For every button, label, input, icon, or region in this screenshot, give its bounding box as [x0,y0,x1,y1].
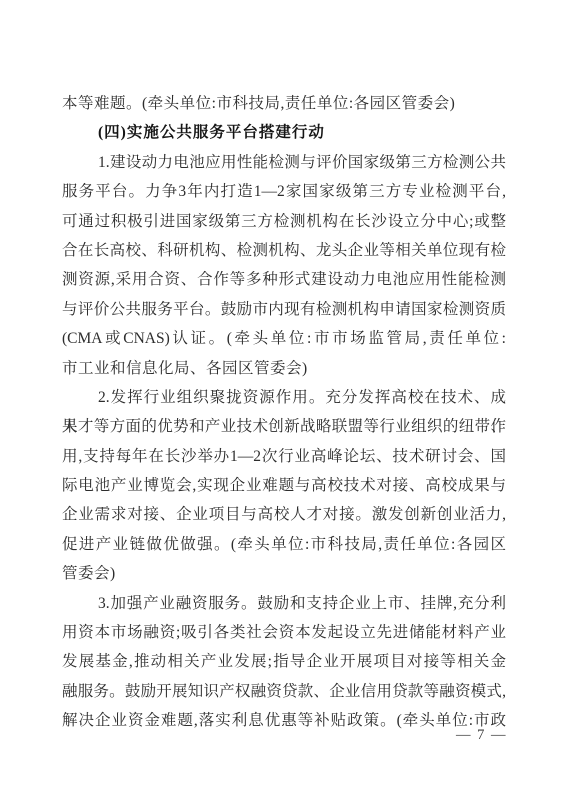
text-line: 融服务。鼓励开展知识产权融资贷款、企业信用贷款等融资模式, [62,677,506,706]
text-line: 用,支持每年在长沙举办1—2次行业高峰论坛、技术研讨会、国 [62,442,506,471]
paragraph-continuation-line: 本等难题。(牵头单位:市科技局,责任单位:各园区管委会) [62,89,506,118]
paragraph-end-line: 管委会) [62,559,506,588]
text-line: 用资本市场融资;吸引各类社会资本发起设立先进储能材料产业 [62,618,506,647]
text-line: 解决企业资金难题,落实利息优惠等补贴政策。(牵头单位:市政 [62,706,506,735]
section-heading: (四)实施公共服务平台搭建行动 [62,118,506,147]
paragraph-end-line: 市工业和信息化局、各园区管委会) [62,354,506,383]
document-page: 本等难题。(牵头单位:市科技局,责任单位:各园区管委会) (四)实施公共服务平台… [0,0,565,800]
text-line: 促进产业链做优做强。(牵头单位:市科技局,责任单位:各园区 [62,530,506,559]
paragraph-start-line: 1.建设动力电池应用性能检测与评价国家级第三方检测公共 [62,148,506,177]
text-line: 际电池产业博览会,实现企业难题与高校技术对接、高校成果与 [62,471,506,500]
text-line: 测资源,采用合资、合作等多种形式建设动力电池应用性能检测 [62,265,506,294]
text-line: 与评价公共服务平台。鼓励市内现有检测机构申请国家检测资质 [62,295,506,324]
text-line: (CMA或CNAS)认证。(牵头单位:市市场监管局,责任单位: [62,324,506,353]
paragraph-start-line: 2.发挥行业组织聚拢资源作用。充分发挥高校在技术、成果、 [62,383,506,412]
text-line: 企业需求对接、企业项目与高校人才对接。激发创新创业活力, [62,500,506,529]
text-line: 合在长高校、科研机构、检测机构、龙头企业等相关单位现有检 [62,236,506,265]
text-line: 可通过积极引进国家级第三方检测机构在长沙设立分中心;或整 [62,207,506,236]
text-line: 服务平台。力争3年内打造1—2家国家级第三方专业检测平台, [62,177,506,206]
text-column: 本等难题。(牵头单位:市科技局,责任单位:各园区管委会) (四)实施公共服务平台… [62,89,506,736]
text-line: 发展基金,推动相关产业发展;指导企业开展项目对接等相关金 [62,647,506,676]
text-line: 人才等方面的优势和产业技术创新战略联盟等行业组织的纽带作 [62,412,506,441]
page-number: — 7 — [456,727,507,744]
paragraph-start-line: 3.加强产业融资服务。鼓励和支持企业上市、挂牌,充分利 [62,589,506,618]
